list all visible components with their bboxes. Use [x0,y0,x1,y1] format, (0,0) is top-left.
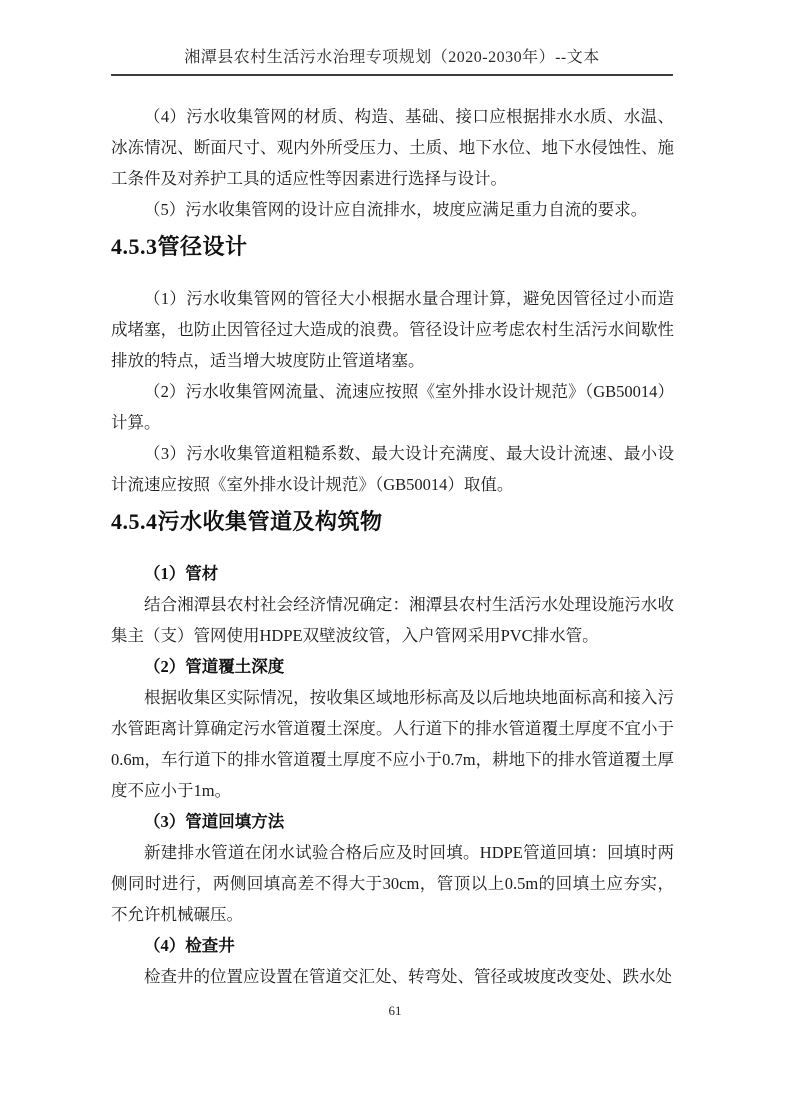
subheading-backfill-method: （3）管道回填方法 [111,806,674,837]
paragraph-item-5: （5）污水收集管网的设计应自流排水，坡度应满足重力自流的要求。 [111,194,674,225]
paragraph-pipe-material: 结合湘潭县农村社会经济情况确定：湘潭县农村生活污水处理设施污水收集主（支）管网使… [111,589,674,651]
document-body: （4）污水收集管网的材质、构造、基础、接口应根据排水水质、水温、冰冻情况、断面尺… [111,101,674,992]
paragraph-backfill-method: 新建排水管道在闭水试验合格后应及时回填。HDPE管道回填：回填时两侧同时进行，两… [111,837,674,930]
paragraph-inspection-well: 检查井的位置应设置在管道交汇处、转弯处、管径或坡度改变处、跌水处 [111,961,674,992]
section-title: 污水收集管道及构筑物 [158,509,383,534]
subheading-inspection-well: （4）检查井 [111,930,674,961]
section-number: 4.5.3 [111,234,158,259]
subheading-pipe-material: （1）管材 [111,558,674,589]
section-title: 管径设计 [158,234,248,259]
paragraph-cover-depth: 根据收集区实际情况，按收集区域地形标高及以后地块地面标高和接入污水管距离计算确定… [111,682,674,806]
section-heading-4-5-3: 4.5.3管径设计 [111,229,674,265]
header-title: 湘潭县农村生活污水治理专项规划（2020-2030年）--文本 [111,44,673,74]
paragraph-item-4: （4）污水收集管网的材质、构造、基础、接口应根据排水水质、水温、冰冻情况、断面尺… [111,101,674,194]
paragraph-item-3: （3）污水收集管道粗糙系数、最大设计充满度、最大设计流速、最小设计流速应按照《室… [111,438,674,500]
page-footer: 61 [0,1003,790,1019]
page-header: 湘潭县农村生活污水治理专项规划（2020-2030年）--文本 [111,44,673,76]
section-heading-4-5-4: 4.5.4污水收集管道及构筑物 [111,504,674,540]
document-page: 湘潭县农村生活污水治理专项规划（2020-2030年）--文本 （4）污水收集管… [0,0,790,1118]
section-number: 4.5.4 [111,509,158,534]
paragraph-item-2: （2）污水收集管网流量、流速应按照《室外排水设计规范》（GB50014）计算。 [111,376,674,438]
paragraph-item-1: （1）污水收集管网的管径大小根据水量合理计算，避免因管径过小而造成堵塞，也防止因… [111,283,674,376]
subheading-cover-depth: （2）管道覆土深度 [111,651,674,682]
page-number: 61 [389,1003,402,1018]
header-rule [111,74,673,76]
